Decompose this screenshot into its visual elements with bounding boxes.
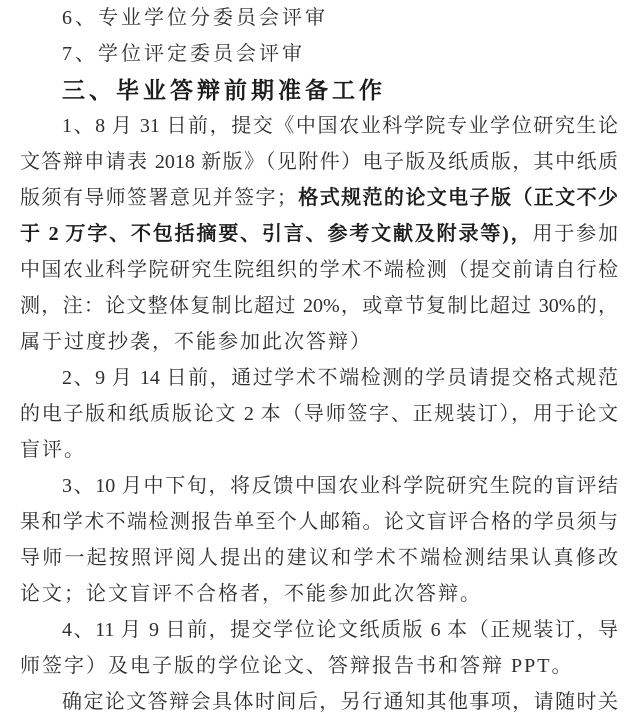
paragraph-text: 果和学术不端检测报告单至个人邮箱。论文盲评合格的学员须与 (20, 511, 618, 533)
paragraph-5-line-1: 确定论文答辩会具体时间后，另行通知其他事项，请随时关 (20, 684, 618, 714)
paragraph-1-line-3: 版须有导师签署意见并签字；格式规范的论文电子版（正文不少 (20, 180, 618, 216)
list-item-7: 7、学位评定委员会评审 (20, 36, 618, 72)
paragraph-text: 3、10 月中下旬，将反馈中国农业科学院研究生院的盲评结 (62, 475, 618, 497)
document-page: 6、专业学位分委员会评审 7、学位评定委员会评审 三、毕业答辩前期准备工作 1、… (0, 0, 638, 714)
paragraph-text: 盲评。 (20, 439, 86, 461)
paragraph-4-line-2: 师签字）及电子版的学位论文、答辩报告书和答辩 PPT。 (20, 648, 618, 684)
paragraph-text: 中国农业科学院研究生院组织的学术不端检测（提交前请自行检 (20, 259, 618, 281)
paragraph-2-line-2: 的电子版和纸质版论文 2 本（导师签字、正规装订），用于论文 (20, 396, 618, 432)
paragraph-3-line-3: 导师一起按照评阅人提出的建议和学术不端检测结果认真修改 (20, 540, 618, 576)
paragraph-2-line-1: 2、9 月 14 日前，通过学术不端检测的学员请提交格式规范 (20, 360, 618, 396)
paragraph-1-line-7: 属于过度抄袭，不能参加此次答辩） (20, 324, 618, 360)
paragraph-1-line-2: 文答辩申请表 2018 新版》（见附件）电子版及纸质版，其中纸质 (20, 144, 618, 180)
paragraph-3-line-1: 3、10 月中下旬，将反馈中国农业科学院研究生院的盲评结 (20, 468, 618, 504)
list-item-7-text: 7、学位评定委员会评审 (62, 43, 305, 65)
paragraph-text: 的电子版和纸质版论文 2 本（导师签字、正规装订），用于论文 (20, 403, 618, 425)
paragraph-text: 1、8 月 31 日前，提交《中国农业科学院专业学位研究生论 (62, 115, 618, 137)
bold-emphasis-text: 格式规范的论文电子版（正文不少 (297, 187, 618, 209)
paragraph-text: 4、11 月 9 日前，提交学位论文纸质版 6 本（正规装订，导 (62, 619, 618, 641)
section-heading-text: 三、毕业答辩前期准备工作 (62, 77, 386, 103)
section-heading: 三、毕业答辩前期准备工作 (20, 72, 618, 108)
paragraph-text: 用于参加 (533, 223, 619, 245)
paragraph-text: 论文；论文盲评不合格者，不能参加此次答辩。 (20, 583, 482, 605)
paragraph-text: 测，注：论文整体复制比超过 20%，或章节复制比超过 30%的， (20, 295, 618, 317)
paragraph-1-line-4: 于 2 万字、不包括摘要、引言、参考文献及附录等)，用于参加 (20, 216, 618, 252)
paragraph-1-line-6: 测，注：论文整体复制比超过 20%，或章节复制比超过 30%的， (20, 288, 618, 324)
paragraph-text: 文答辩申请表 2018 新版》（见附件）电子版及纸质版，其中纸质 (20, 151, 618, 173)
paragraph-1-line-1: 1、8 月 31 日前，提交《中国农业科学院专业学位研究生论 (20, 108, 618, 144)
paragraph-text: 属于过度抄袭，不能参加此次答辩） (20, 331, 372, 353)
paragraph-1-line-5: 中国农业科学院研究生院组织的学术不端检测（提交前请自行检 (20, 252, 618, 288)
paragraph-4-line-1: 4、11 月 9 日前，提交学位论文纸质版 6 本（正规装订，导 (20, 612, 618, 648)
list-item-6-text: 6、专业学位分委员会评审 (62, 7, 328, 29)
paragraph-3-line-2: 果和学术不端检测报告单至个人邮箱。论文盲评合格的学员须与 (20, 504, 618, 540)
paragraph-2-line-3: 盲评。 (20, 432, 618, 468)
paragraph-text: 导师一起按照评阅人提出的建议和学术不端检测结果认真修改 (20, 547, 618, 569)
paragraph-3-line-4: 论文；论文盲评不合格者，不能参加此次答辩。 (20, 576, 618, 612)
paragraph-text: 版须有导师签署意见并签字； (20, 187, 297, 209)
bold-emphasis-text: 于 2 万字、不包括摘要、引言、参考文献及附录等)， (20, 223, 533, 245)
list-item-6: 6、专业学位分委员会评审 (20, 0, 618, 36)
paragraph-text: 确定论文答辩会具体时间后，另行通知其他事项，请随时关 (62, 691, 618, 713)
paragraph-text: 师签字）及电子版的学位论文、答辩报告书和答辩 PPT。 (20, 655, 573, 677)
paragraph-text: 2、9 月 14 日前，通过学术不端检测的学员请提交格式规范 (62, 367, 618, 389)
